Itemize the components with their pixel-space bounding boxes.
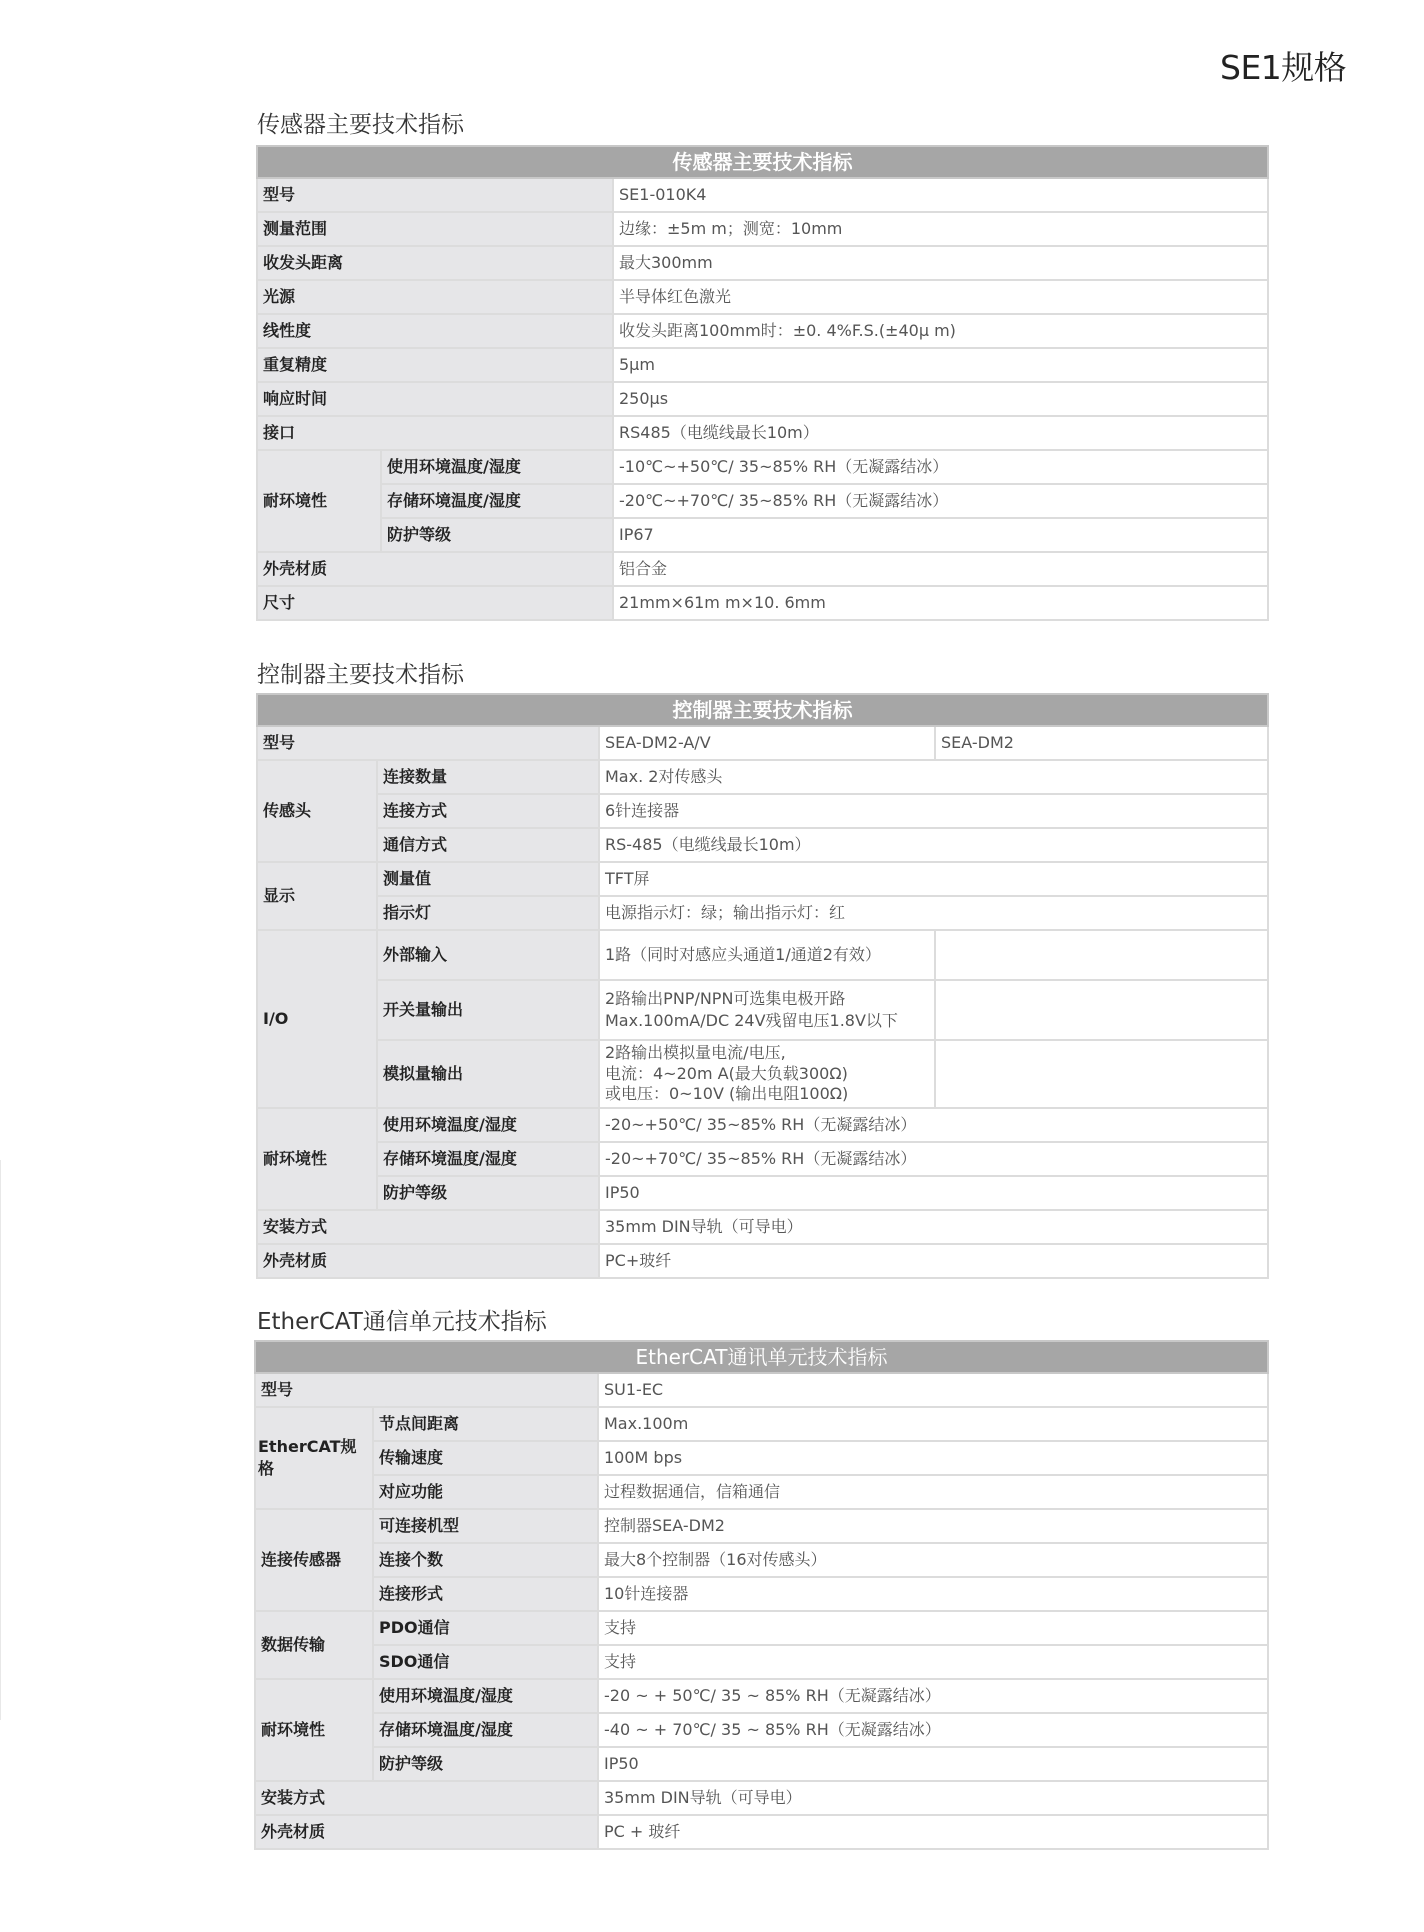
row-label: 存储环境温度/湿度 bbox=[373, 1713, 598, 1747]
row-value: 过程数据通信，信箱通信 bbox=[598, 1475, 1268, 1509]
row-value: -20~+70℃/ 35~85% RH（无凝露结冰） bbox=[599, 1142, 1268, 1176]
table-header-row: 传感器主要技术指标 bbox=[257, 146, 1268, 178]
table-row: 测量范围 边缘：±5m m；测宽：10mm bbox=[257, 212, 1268, 246]
row-value: -40 ~ + 70℃/ 35 ~ 85% RH（无凝露结冰） bbox=[598, 1713, 1268, 1747]
row-label: 连接个数 bbox=[373, 1543, 598, 1577]
row-label: 防护等级 bbox=[377, 1176, 599, 1210]
table-row: 存储环境温度/湿度 -40 ~ + 70℃/ 35 ~ 85% RH（无凝露结冰… bbox=[255, 1713, 1268, 1747]
value-line: 2路输出PNP/NPN可选集电极开路 bbox=[605, 988, 929, 1010]
group-label: 耐环境性 bbox=[255, 1679, 373, 1781]
row-label: 可连接机型 bbox=[373, 1509, 598, 1543]
row-label: 尺寸 bbox=[257, 586, 613, 620]
row-value: 收发头距离100mm时：±0. 4%F.S.(±40μ m) bbox=[613, 314, 1268, 348]
row-label: 安装方式 bbox=[257, 1210, 599, 1244]
table-row: 安装方式 35mm DIN导轨（可导电） bbox=[257, 1210, 1268, 1244]
row-label: 连接方式 bbox=[377, 794, 599, 828]
row-value: 100M bps bbox=[598, 1441, 1268, 1475]
row-value: 2路输出PNP/NPN可选集电极开路 Max.100mA/DC 24V残留电压1… bbox=[599, 980, 935, 1040]
table-header: 控制器主要技术指标 bbox=[257, 694, 1268, 726]
row-label: 测量范围 bbox=[257, 212, 613, 246]
table-row: 型号 SU1-EC bbox=[255, 1373, 1268, 1407]
group-label: 数据传输 bbox=[255, 1611, 373, 1679]
table-row: 收发头距离 最大300mm bbox=[257, 246, 1268, 280]
row-value: PC+玻纤 bbox=[599, 1244, 1268, 1278]
row-value: 1路（同时对感应头通道1/通道2有效） bbox=[599, 930, 935, 980]
table-row: SDO通信 支持 bbox=[255, 1645, 1268, 1679]
table-row: 耐环境性 使用环境温度/湿度 -10℃~+50℃/ 35~85% RH（无凝露结… bbox=[257, 450, 1268, 484]
sensor-spec-table: 传感器主要技术指标 型号 SE1-010K4 测量范围 边缘：±5m m；测宽：… bbox=[256, 145, 1269, 621]
group-label: 耐环境性 bbox=[257, 450, 381, 552]
row-label: 响应时间 bbox=[257, 382, 613, 416]
row-value: 控制器SEA-DM2 bbox=[598, 1509, 1268, 1543]
table-header: 传感器主要技术指标 bbox=[257, 146, 1268, 178]
row-label: 测量值 bbox=[377, 862, 599, 896]
row-value: TFT屏 bbox=[599, 862, 1268, 896]
table-row: 存储环境温度/湿度 -20℃~+70℃/ 35~85% RH（无凝露结冰） bbox=[257, 484, 1268, 518]
row-label: 节点间距离 bbox=[373, 1407, 598, 1441]
table-row: 重复精度 5μm bbox=[257, 348, 1268, 382]
row-value: 最大300mm bbox=[613, 246, 1268, 280]
row-value: 最大8个控制器（16对传感头） bbox=[598, 1543, 1268, 1577]
group-label: 传感头 bbox=[257, 760, 377, 862]
table-row: 显示 测量值 TFT屏 bbox=[257, 862, 1268, 896]
table-row: 指示灯 电源指示灯：绿；输出指示灯：红 bbox=[257, 896, 1268, 930]
row-label: 光源 bbox=[257, 280, 613, 314]
page-edge-rule bbox=[0, 1160, 1, 1720]
table-header: EtherCAT通讯单元技术指标 bbox=[255, 1341, 1268, 1373]
value-line: 2路输出模拟量电流/电压, bbox=[605, 1043, 929, 1064]
table-row: 开关量输出 2路输出PNP/NPN可选集电极开路 Max.100mA/DC 24… bbox=[257, 980, 1268, 1040]
row-value: PC + 玻纤 bbox=[598, 1815, 1268, 1849]
row-label: 收发头距离 bbox=[257, 246, 613, 280]
row-value-b bbox=[935, 930, 1268, 980]
row-label: 外壳材质 bbox=[255, 1815, 598, 1849]
table-row: 线性度 收发头距离100mm时：±0. 4%F.S.(±40μ m) bbox=[257, 314, 1268, 348]
row-value: Max.100m bbox=[598, 1407, 1268, 1441]
row-label: 线性度 bbox=[257, 314, 613, 348]
row-label: 使用环境温度/湿度 bbox=[373, 1679, 598, 1713]
table-row: 型号 SEA-DM2-A/V SEA-DM2 bbox=[257, 726, 1268, 760]
group-label: 显示 bbox=[257, 862, 377, 930]
row-value: 10针连接器 bbox=[598, 1577, 1268, 1611]
row-value: 2路输出模拟量电流/电压, 电流：4~20m A(最大负载300Ω) 或电压：0… bbox=[599, 1040, 935, 1108]
row-label: 安装方式 bbox=[255, 1781, 598, 1815]
row-value: -20 ~ + 50℃/ 35 ~ 85% RH（无凝露结冰） bbox=[598, 1679, 1268, 1713]
ethercat-section-title: EtherCAT通信单元技术指标 bbox=[257, 1303, 547, 1336]
table-row: 对应功能 过程数据通信，信箱通信 bbox=[255, 1475, 1268, 1509]
row-value: 35mm DIN导轨（可导电） bbox=[599, 1210, 1268, 1244]
row-label: 使用环境温度/湿度 bbox=[381, 450, 613, 484]
row-value: RS-485（电缆线最长10m） bbox=[599, 828, 1268, 862]
table-row: 连接传感器 可连接机型 控制器SEA-DM2 bbox=[255, 1509, 1268, 1543]
row-label: PDO通信 bbox=[373, 1611, 598, 1645]
table-row: 防护等级 IP67 bbox=[257, 518, 1268, 552]
row-label: 使用环境温度/湿度 bbox=[377, 1108, 599, 1142]
row-label: 外部输入 bbox=[377, 930, 599, 980]
row-value: 支持 bbox=[598, 1611, 1268, 1645]
row-value: 6针连接器 bbox=[599, 794, 1268, 828]
page-title: SE1规格 bbox=[1220, 42, 1346, 89]
group-label: EtherCAT规格 bbox=[255, 1407, 373, 1509]
row-label: 防护等级 bbox=[381, 518, 613, 552]
row-label: 通信方式 bbox=[377, 828, 599, 862]
row-value: -20℃~+70℃/ 35~85% RH（无凝露结冰） bbox=[613, 484, 1268, 518]
controller-spec-table: 控制器主要技术指标 型号 SEA-DM2-A/V SEA-DM2 传感头 连接数… bbox=[256, 693, 1269, 1279]
row-value: IP67 bbox=[613, 518, 1268, 552]
table-row: 外壳材质 PC + 玻纤 bbox=[255, 1815, 1268, 1849]
sensor-section-title: 传感器主要技术指标 bbox=[257, 106, 464, 139]
table-row: 数据传输 PDO通信 支持 bbox=[255, 1611, 1268, 1645]
table-row: 外壳材质 PC+玻纤 bbox=[257, 1244, 1268, 1278]
row-label: 指示灯 bbox=[377, 896, 599, 930]
row-label: 模拟量输出 bbox=[377, 1040, 599, 1108]
table-row: 模拟量输出 2路输出模拟量电流/电压, 电流：4~20m A(最大负载300Ω)… bbox=[257, 1040, 1268, 1108]
table-row: 防护等级 IP50 bbox=[257, 1176, 1268, 1210]
row-label: SDO通信 bbox=[373, 1645, 598, 1679]
table-row: 尺寸 21mm×61m m×10. 6mm bbox=[257, 586, 1268, 620]
table-header-row: EtherCAT通讯单元技术指标 bbox=[255, 1341, 1268, 1373]
table-row: 存储环境温度/湿度 -20~+70℃/ 35~85% RH（无凝露结冰） bbox=[257, 1142, 1268, 1176]
row-value: -10℃~+50℃/ 35~85% RH（无凝露结冰） bbox=[613, 450, 1268, 484]
row-value: 边缘：±5m m；测宽：10mm bbox=[613, 212, 1268, 246]
row-value: 21mm×61m m×10. 6mm bbox=[613, 586, 1268, 620]
table-row: 通信方式 RS-485（电缆线最长10m） bbox=[257, 828, 1268, 862]
group-label: 耐环境性 bbox=[257, 1108, 377, 1210]
row-value: SE1-010K4 bbox=[613, 178, 1268, 212]
row-value: 电源指示灯：绿；输出指示灯：红 bbox=[599, 896, 1268, 930]
controller-section-title: 控制器主要技术指标 bbox=[257, 656, 464, 689]
row-value: SU1-EC bbox=[598, 1373, 1268, 1407]
table-row: 光源 半导体红色激光 bbox=[257, 280, 1268, 314]
row-label: 型号 bbox=[257, 726, 599, 760]
row-value: SEA-DM2 bbox=[935, 726, 1268, 760]
row-value-b bbox=[935, 1040, 1268, 1108]
value-line: Max.100mA/DC 24V残留电压1.8V以下 bbox=[605, 1010, 929, 1032]
table-row: 传输速度 100M bps bbox=[255, 1441, 1268, 1475]
row-value: 35mm DIN导轨（可导电） bbox=[598, 1781, 1268, 1815]
row-label: 重复精度 bbox=[257, 348, 613, 382]
table-row: EtherCAT规格 节点间距离 Max.100m bbox=[255, 1407, 1268, 1441]
row-value: IP50 bbox=[599, 1176, 1268, 1210]
row-label: 存储环境温度/湿度 bbox=[377, 1142, 599, 1176]
table-row: 外壳材质 铝合金 bbox=[257, 552, 1268, 586]
value-line: 或电压：0~10V (输出电阻100Ω) bbox=[605, 1084, 929, 1105]
row-label: 连接形式 bbox=[373, 1577, 598, 1611]
row-label: 开关量输出 bbox=[377, 980, 599, 1040]
row-label: 连接数量 bbox=[377, 760, 599, 794]
row-value: 5μm bbox=[613, 348, 1268, 382]
table-row: 耐环境性 使用环境温度/湿度 -20~+50℃/ 35~85% RH（无凝露结冰… bbox=[257, 1108, 1268, 1142]
row-value: IP50 bbox=[598, 1747, 1268, 1781]
row-value: SEA-DM2-A/V bbox=[599, 726, 935, 760]
row-label: 外壳材质 bbox=[257, 1244, 599, 1278]
table-row: 安装方式 35mm DIN导轨（可导电） bbox=[255, 1781, 1268, 1815]
row-value: 250μs bbox=[613, 382, 1268, 416]
row-label: 型号 bbox=[255, 1373, 598, 1407]
group-label: 连接传感器 bbox=[255, 1509, 373, 1611]
row-label: 外壳材质 bbox=[257, 552, 613, 586]
row-label: 对应功能 bbox=[373, 1475, 598, 1509]
row-label: 型号 bbox=[257, 178, 613, 212]
table-row: 连接个数 最大8个控制器（16对传感头） bbox=[255, 1543, 1268, 1577]
table-row: 连接形式 10针连接器 bbox=[255, 1577, 1268, 1611]
value-line: 电流：4~20m A(最大负载300Ω) bbox=[605, 1064, 929, 1085]
row-label: 存储环境温度/湿度 bbox=[381, 484, 613, 518]
row-label: 接口 bbox=[257, 416, 613, 450]
row-label: 传输速度 bbox=[373, 1441, 598, 1475]
row-value: RS485（电缆线最长10m） bbox=[613, 416, 1268, 450]
table-row: 连接方式 6针连接器 bbox=[257, 794, 1268, 828]
row-value: 铝合金 bbox=[613, 552, 1268, 586]
row-value: -20~+50℃/ 35~85% RH（无凝露结冰） bbox=[599, 1108, 1268, 1142]
table-header-row: 控制器主要技术指标 bbox=[257, 694, 1268, 726]
table-row: 耐环境性 使用环境温度/湿度 -20 ~ + 50℃/ 35 ~ 85% RH（… bbox=[255, 1679, 1268, 1713]
row-value: 支持 bbox=[598, 1645, 1268, 1679]
table-row: 防护等级 IP50 bbox=[255, 1747, 1268, 1781]
table-row: 型号 SE1-010K4 bbox=[257, 178, 1268, 212]
row-value: 半导体红色激光 bbox=[613, 280, 1268, 314]
group-label: I/O bbox=[257, 930, 377, 1108]
table-row: I/O 外部输入 1路（同时对感应头通道1/通道2有效） bbox=[257, 930, 1268, 980]
row-label: 防护等级 bbox=[373, 1747, 598, 1781]
row-value-b bbox=[935, 980, 1268, 1040]
table-row: 响应时间 250μs bbox=[257, 382, 1268, 416]
table-row: 传感头 连接数量 Max. 2对传感头 bbox=[257, 760, 1268, 794]
ethercat-spec-table: EtherCAT通讯单元技术指标 型号 SU1-EC EtherCAT规格 节点… bbox=[254, 1340, 1269, 1850]
table-row: 接口 RS485（电缆线最长10m） bbox=[257, 416, 1268, 450]
row-value: Max. 2对传感头 bbox=[599, 760, 1268, 794]
